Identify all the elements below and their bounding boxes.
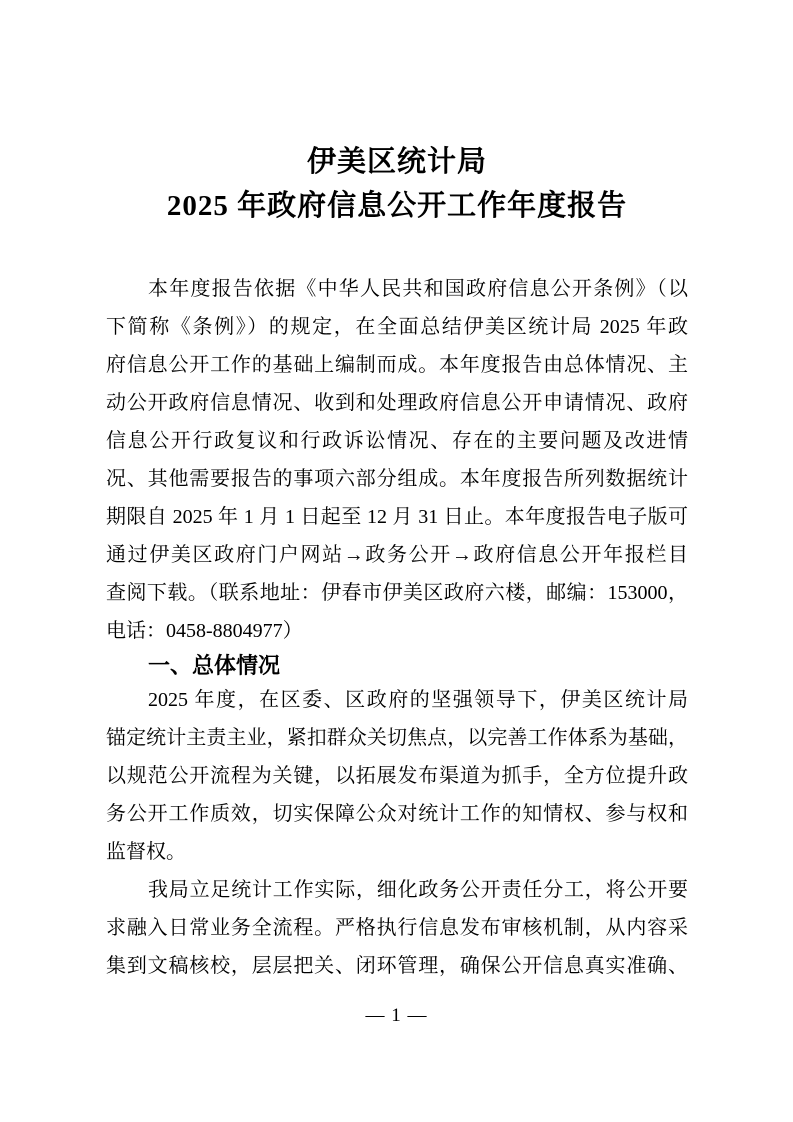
- document-title-line-1: 伊美区统计局: [106, 140, 688, 184]
- body-line: 府信息公开工作的基础上编制而成。本年度报告由总体情况、主: [106, 346, 688, 384]
- body-line: 查阅下载。（联系地址：伊春市伊美区政府六楼，邮编：153000，: [106, 574, 688, 612]
- body-line: 求融入日常业务全流程。严格执行信息发布审核机制，从内容采: [106, 909, 688, 947]
- body-line: 期限自 2025 年 1 月 1 日起至 12 月 31 日止。本年度报告电子版…: [106, 498, 688, 536]
- body-line: 本年度报告依据《中华人民共和国政府信息公开条例》（以: [106, 270, 688, 308]
- body-line: 务公开工作质效，切实保障公众对统计工作的知情权、参与权和: [106, 795, 688, 833]
- document-content: 伊美区统计局 2025 年政府信息公开工作年度报告 本年度报告依据《中华人民共和…: [106, 0, 688, 985]
- section-heading-overview: 一、总体情况: [106, 650, 688, 681]
- body-line: 动公开政府信息情况、收到和处理政府信息公开申请情况、政府: [106, 384, 688, 422]
- body-line: 况、其他需要报告的事项六部分组成。本年度报告所列数据统计: [106, 460, 688, 498]
- body-line: 2025 年度，在区委、区政府的坚强领导下，伊美区统计局: [106, 681, 688, 719]
- body-line: 下简称《条例》）的规定，在全面总结伊美区统计局 2025 年政: [106, 308, 688, 346]
- body-line: 信息公开行政复议和行政诉讼情况、存在的主要问题及改进情: [106, 422, 688, 460]
- document-body: 本年度报告依据《中华人民共和国政府信息公开条例》（以 下简称《条例》）的规定，在…: [106, 270, 688, 985]
- body-line: 集到文稿核校，层层把关、闭环管理，确保公开信息真实准确、: [106, 947, 688, 985]
- body-line: 以规范公开流程为关键，以拓展发布渠道为抓手，全方位提升政: [106, 757, 688, 795]
- paragraph-intro: 本年度报告依据《中华人民共和国政府信息公开条例》（以 下简称《条例》）的规定，在…: [106, 270, 688, 650]
- body-line: 电话：0458-8804977）: [106, 612, 688, 650]
- paragraph-work-mechanism: 我局立足统计工作实际，细化政务公开责任分工，将公开要 求融入日常业务全流程。严格…: [106, 871, 688, 985]
- document-title-line-2: 2025 年政府信息公开工作年度报告: [106, 184, 688, 228]
- document-title: 伊美区统计局 2025 年政府信息公开工作年度报告: [106, 140, 688, 228]
- document-page: 伊美区统计局 2025 年政府信息公开工作年度报告 本年度报告依据《中华人民共和…: [0, 0, 793, 1122]
- body-line: 锚定统计主责主业，紧扣群众关切焦点，以完善工作体系为基础，: [106, 719, 688, 757]
- body-line: 监督权。: [106, 833, 688, 871]
- page-number: — 1 —: [0, 1005, 793, 1027]
- body-line: 我局立足统计工作实际，细化政务公开责任分工，将公开要: [106, 871, 688, 909]
- body-line: 通过伊美区政府门户网站→政务公开→政府信息公开年报栏目: [106, 536, 688, 574]
- paragraph-overview: 2025 年度，在区委、区政府的坚强领导下，伊美区统计局 锚定统计主责主业，紧扣…: [106, 681, 688, 871]
